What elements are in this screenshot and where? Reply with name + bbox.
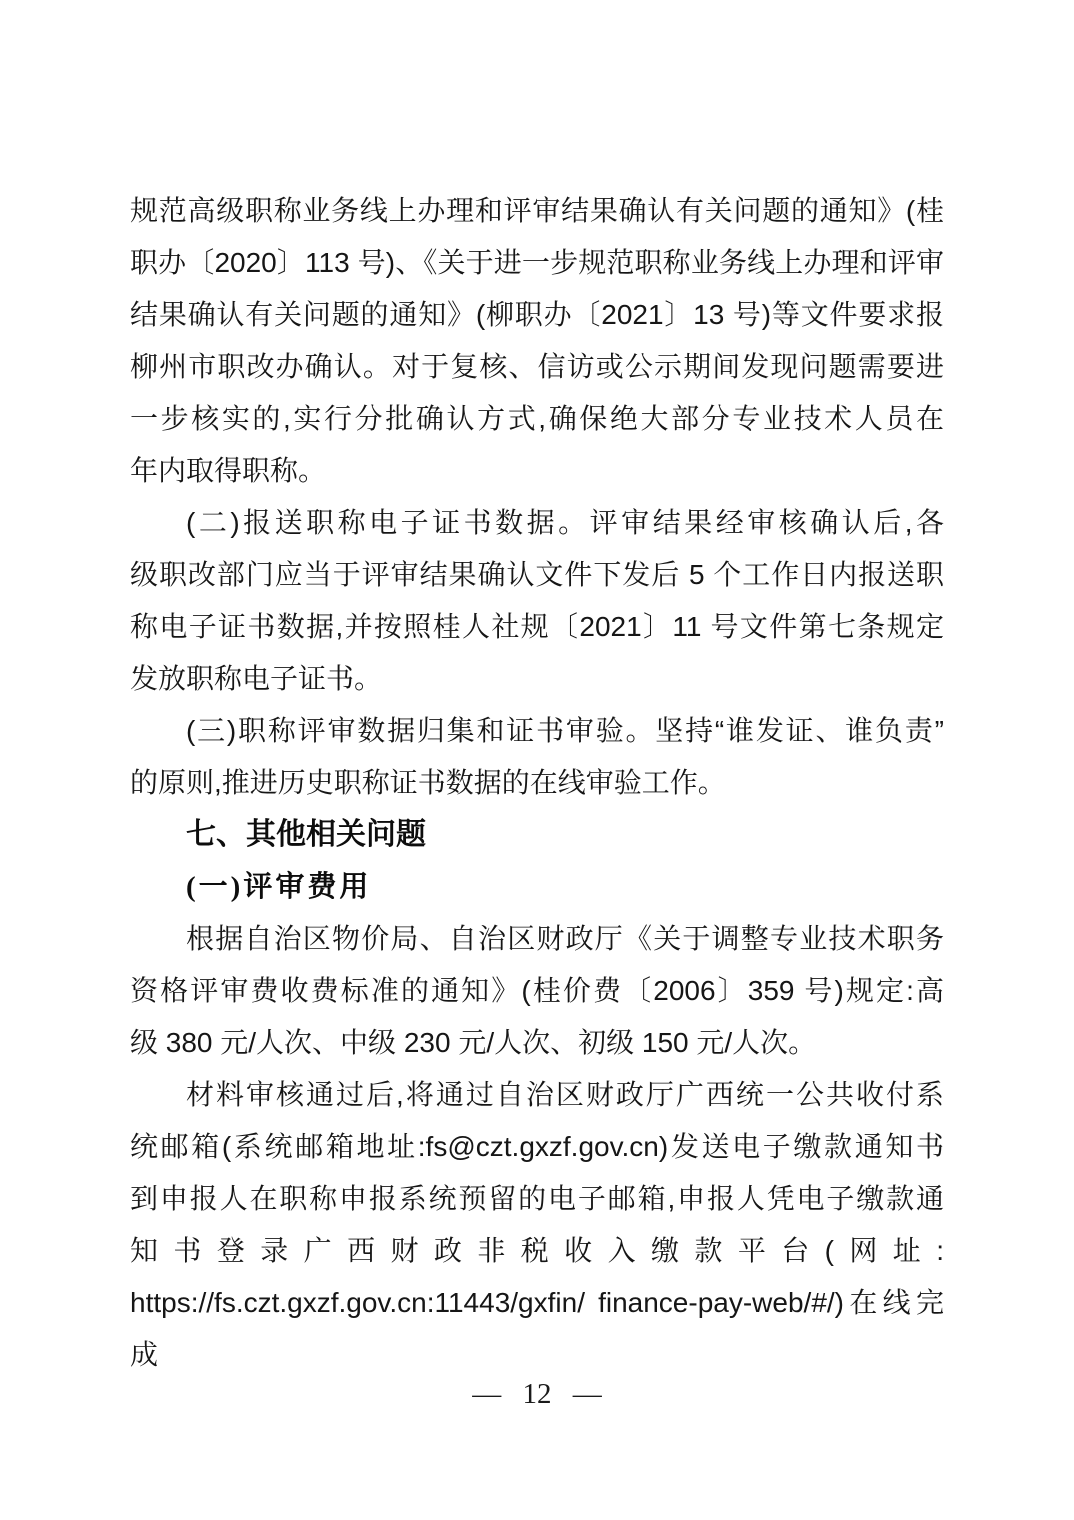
text-line: 柳州市职改办确认。对于复核、信访或公示期间发现问题需要进 bbox=[130, 341, 944, 393]
text-line: 级职改部门应当于评审结果确认文件下发后 5 个工作日内报送职 bbox=[130, 549, 944, 601]
text-line: 资格评审费收费标准的通知》(桂价费〔2006〕359 号)规定:高 bbox=[130, 965, 944, 1017]
text-line: 级 380 元/人次、中级 230 元/人次、初级 150 元/人次。 bbox=[130, 1017, 944, 1069]
text-line: (二)报送职称电子证书数据。评审结果经审核确认后,各 bbox=[130, 497, 944, 549]
text-line: 到申报人在职称申报系统预留的电子邮箱,申报人凭电子缴款通 bbox=[130, 1173, 944, 1225]
text-line: 结果确认有关问题的通知》(柳职办〔2021〕13 号)等文件要求报 bbox=[130, 289, 944, 341]
text-line: 年内取得职称。 bbox=[130, 445, 944, 497]
text-line: 一步核实的,实行分批确认方式,确保绝大部分专业技术人员在 bbox=[130, 393, 944, 445]
email-line: 统邮箱(系统邮箱地址:fs@czt.gxzf.gov.cn)发送电子缴款通知书 bbox=[130, 1121, 944, 1173]
subsection-heading: (一)评审费用 bbox=[130, 861, 944, 913]
text-line: (三)职称评审数据归集和证书审验。坚持“谁发证、谁负责” bbox=[130, 705, 944, 757]
page-number: — 12 — bbox=[0, 1378, 1074, 1411]
text-line: 称电子证书数据,并按照桂人社规〔2021〕11 号文件第七条规定 bbox=[130, 601, 944, 653]
text-line: 的原则,推进历史职称证书数据的在线审验工作。 bbox=[130, 757, 944, 809]
text-line: 规范高级职称业务线上办理和评审结果确认有关问题的通知》(桂 bbox=[130, 185, 944, 237]
payment-platform-line: 知书登录广西财政非税收入缴款平台(网址: bbox=[130, 1225, 944, 1277]
document-page: { "document": { "language": "zh-CN", "li… bbox=[0, 0, 1074, 1520]
text-line: 根据自治区物价局、自治区财政厅《关于调整专业技术职务 bbox=[130, 913, 944, 965]
document-body: 规范高级职称业务线上办理和评审结果确认有关问题的通知》(桂职办〔2020〕113… bbox=[130, 185, 944, 1329]
text-line: 职办〔2020〕113 号)、《关于进一步规范职称业务线上办理和评审 bbox=[130, 237, 944, 289]
text-line: 材料审核通过后,将通过自治区财政厅广西统一公共收付系 bbox=[130, 1069, 944, 1121]
payment-url-line: https://fs.czt.gxzf.gov.cn:11443/gxfin/ … bbox=[130, 1277, 944, 1329]
section-heading: 七、其他相关问题 bbox=[130, 809, 944, 861]
text-line: 发放职称电子证书。 bbox=[130, 653, 944, 705]
